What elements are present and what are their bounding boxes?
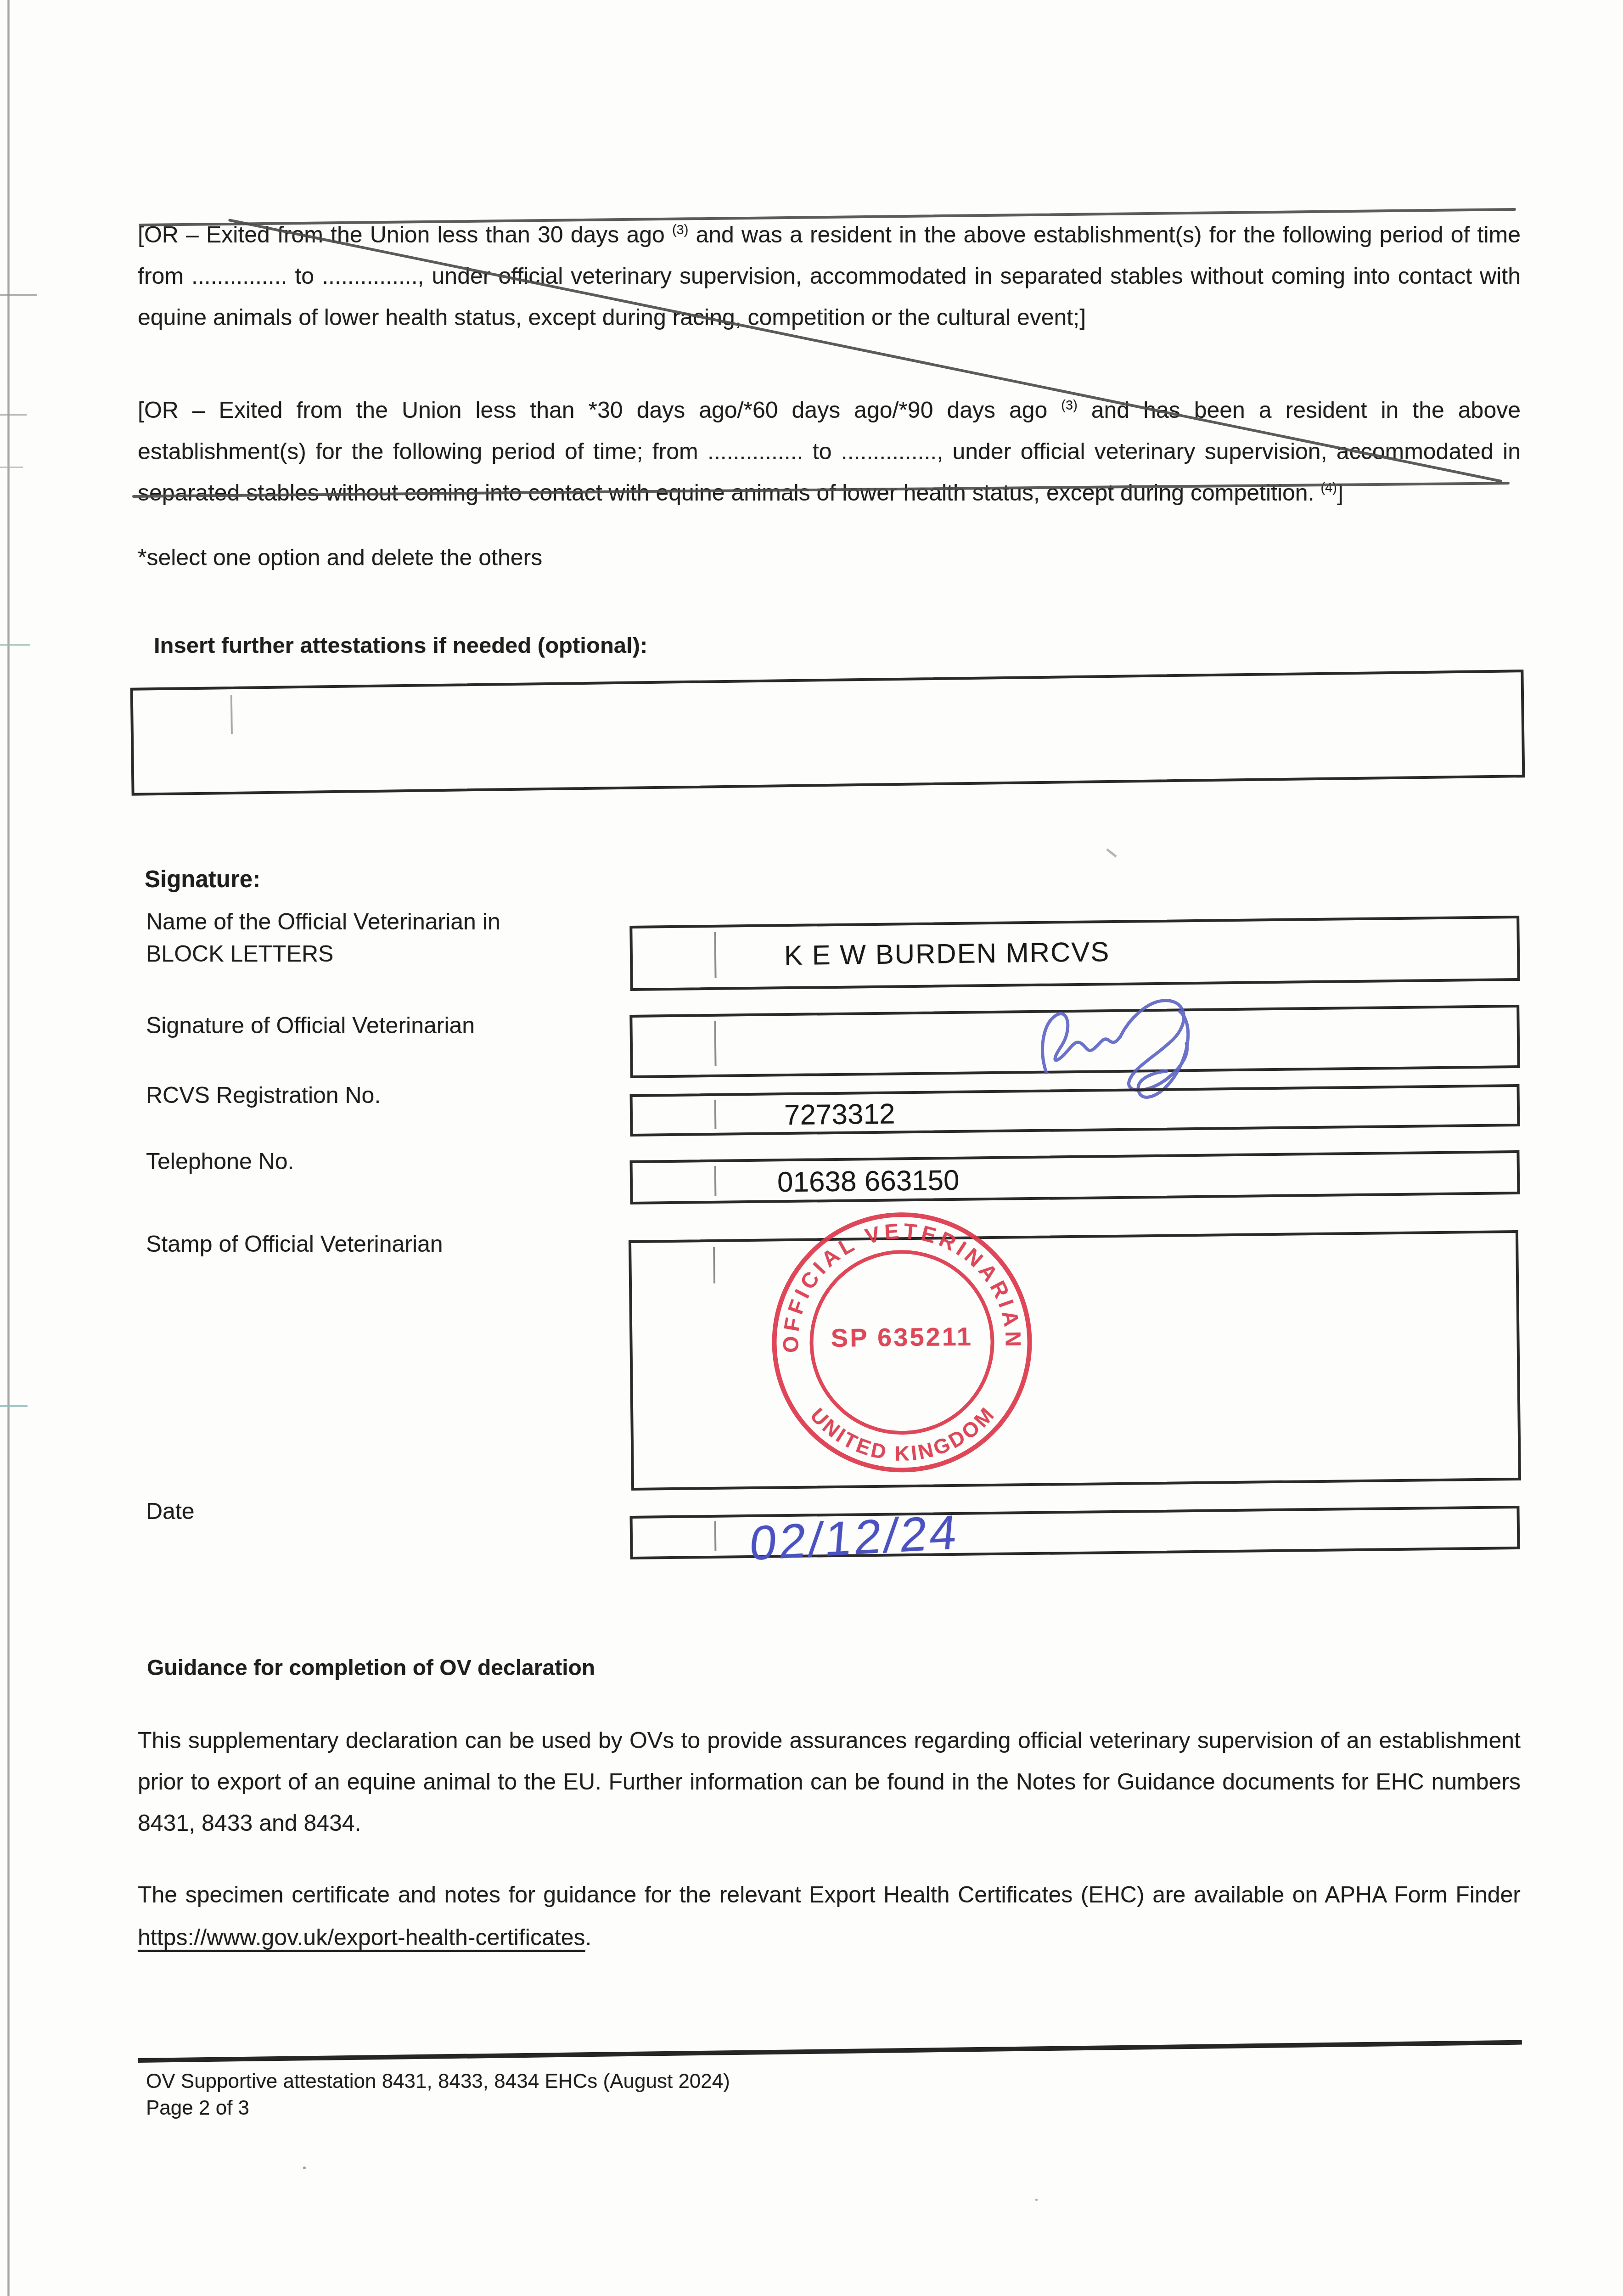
footer-line-1: OV Supportive attestation 8431, 8433, 84… bbox=[146, 2070, 730, 2093]
signature-heading: Signature: bbox=[145, 866, 260, 893]
name-label-line2: BLOCK LETTERS bbox=[146, 940, 333, 967]
scan-tick bbox=[0, 467, 23, 468]
footnote-ref: (3) bbox=[672, 223, 688, 237]
rcvs-value: 7273312 bbox=[784, 1097, 895, 1131]
stamp-center-text: SP 635211 bbox=[831, 1322, 973, 1353]
select-option-note: *select one option and delete the others bbox=[138, 544, 542, 571]
stamp-label: Stamp of Official Veterinarian bbox=[146, 1231, 443, 1257]
signature-label: Signature of Official Veterinarian bbox=[146, 1012, 475, 1039]
further-attestations-box bbox=[130, 670, 1525, 796]
scan-tick bbox=[0, 644, 30, 646]
footer-line-2: Page 2 of 3 bbox=[146, 2097, 249, 2120]
guidance-paragraph-2: The specimen certificate and notes for g… bbox=[138, 1874, 1521, 1959]
rcvs-field-box: 7273312 bbox=[630, 1084, 1520, 1137]
guidance-paragraph-1: This supplementary declaration can be us… bbox=[138, 1720, 1521, 1844]
telephone-label: Telephone No. bbox=[146, 1148, 294, 1175]
telephone-value: 01638 663150 bbox=[777, 1164, 960, 1199]
scan-edge-line bbox=[7, 0, 10, 2296]
signature-field-box bbox=[629, 1005, 1520, 1078]
date-field-box: 02/12/24 bbox=[630, 1506, 1520, 1559]
scan-speck bbox=[303, 2167, 306, 2169]
cell-divider-tick bbox=[713, 1247, 715, 1283]
cell-divider-tick bbox=[230, 695, 233, 734]
name-value: K E W BURDEN MRCVS bbox=[784, 936, 1110, 971]
handwritten-date: 02/12/24 bbox=[747, 1505, 961, 1572]
date-label: Date bbox=[146, 1498, 195, 1525]
scan-tick bbox=[0, 294, 37, 296]
stamp-field-box: OFFICIAL VETERINARIAN UNITED KINGDOM SP … bbox=[629, 1230, 1521, 1491]
scan-speck bbox=[1106, 849, 1117, 858]
further-attestations-heading: Insert further attestations if needed (o… bbox=[154, 633, 647, 658]
cell-divider-tick bbox=[714, 1166, 717, 1196]
scan-speck bbox=[1035, 2199, 1038, 2201]
official-veterinarian-stamp: OFFICIAL VETERINARIAN UNITED KINGDOM SP … bbox=[763, 1203, 1041, 1482]
footer-rule bbox=[138, 2040, 1522, 2063]
cell-divider-tick bbox=[714, 932, 716, 978]
telephone-field-box: 01638 663150 bbox=[630, 1150, 1520, 1204]
name-label-line1: Name of the Official Veterinarian in bbox=[146, 908, 500, 935]
cell-divider-tick bbox=[714, 1521, 717, 1551]
scan-tick bbox=[0, 414, 27, 416]
attestation-option-1: [OR – Exited from the Union less than 30… bbox=[138, 214, 1521, 338]
guidance-heading: Guidance for completion of OV declaratio… bbox=[147, 1655, 595, 1681]
rcvs-label: RCVS Registration No. bbox=[146, 1082, 381, 1109]
cell-divider-tick bbox=[714, 1100, 717, 1129]
scanned-document-page: [OR – Exited from the Union less than 30… bbox=[0, 0, 1623, 2296]
name-field-box: K E W BURDEN MRCVS bbox=[629, 916, 1520, 991]
export-health-certificates-link[interactable]: https://www.gov.uk/export-health-certifi… bbox=[138, 1925, 585, 1950]
scan-tick bbox=[0, 1405, 28, 1407]
footnote-ref: (3) bbox=[1061, 398, 1077, 413]
cell-divider-tick bbox=[714, 1021, 716, 1066]
